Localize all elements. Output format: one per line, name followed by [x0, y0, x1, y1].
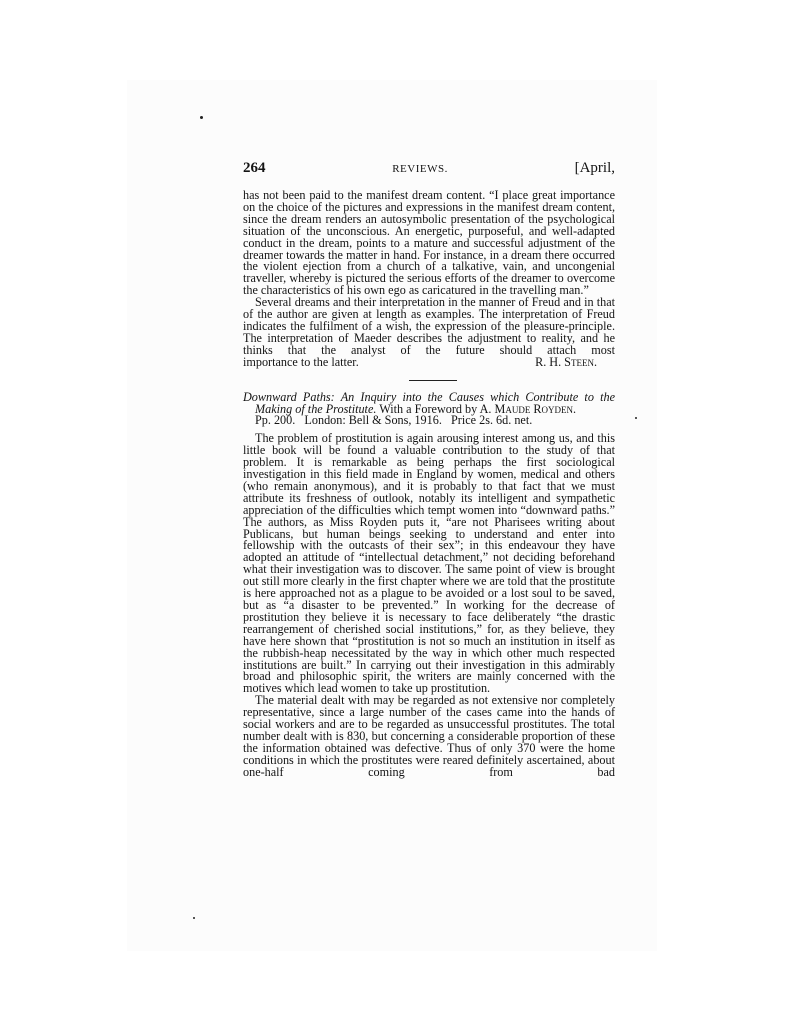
closing-line: importance to the latter. R. H. Steen.	[243, 357, 615, 369]
document-page: 264 REVIEWS. [April, has not been paid t…	[243, 160, 615, 779]
book-details: Pp. 200. London: Bell & Sons, 1916. Pric…	[255, 413, 532, 427]
review-downward-paths: Downward Paths: An Inquiry into the Caus…	[243, 392, 615, 779]
scan-speck	[193, 917, 195, 919]
review-paragraph: The material dealt with may be regarded …	[243, 695, 615, 778]
section-title: REVIEWS.	[392, 163, 448, 175]
book-citation: Downward Paths: An Inquiry into the Caus…	[243, 392, 615, 428]
scan-speck	[635, 417, 637, 419]
issue-date-mark: [April,	[575, 160, 615, 177]
running-head: 264 REVIEWS. [April,	[243, 160, 615, 182]
review-paragraph: Several dreams and their interpretation …	[243, 297, 615, 357]
page-number: 264	[243, 160, 266, 177]
closing-text: importance to the latter.	[243, 357, 359, 369]
review-paragraph: has not been paid to the manifest dream …	[243, 190, 615, 297]
section-divider	[409, 380, 457, 381]
review-paragraph: The problem of prostitution is again aro…	[243, 433, 615, 695]
reviewer-signature: R. H. Steen.	[535, 357, 615, 369]
review-steen: has not been paid to the manifest dream …	[243, 190, 615, 369]
scan-speck	[200, 116, 203, 119]
